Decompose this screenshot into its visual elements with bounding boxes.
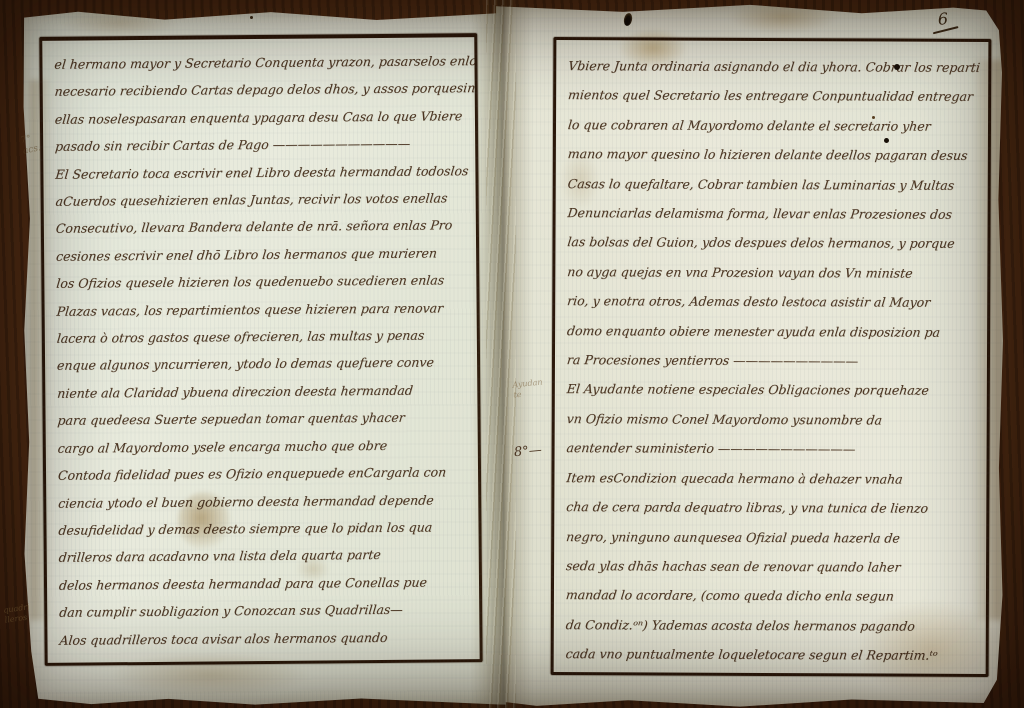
manuscript-line: rio, y enotra otros, Ademas desto lestoc… bbox=[566, 286, 981, 317]
manuscript-line: ellas noselespasaran enquenta ypagara de… bbox=[54, 102, 469, 133]
manuscript-line: ciencia ytodo el buen gobierno deesta he… bbox=[57, 486, 472, 517]
right-page: Vbiere Junta ordinaria asignando el dia … bbox=[496, 2, 1004, 708]
manuscript-line: cesiones escrivir enel dhō Libro los her… bbox=[55, 239, 470, 270]
manuscript-line: Denunciarlas delamisma forma, llevar enl… bbox=[566, 198, 981, 229]
manuscript-line: drilleros dara acadavno vna lista dela q… bbox=[57, 540, 472, 571]
manuscript-photo: Vbiere Junta ordinaria asignando el dia … bbox=[0, 0, 1024, 708]
manuscript-line: no ayga quejas en vna Prozesion vayan do… bbox=[566, 257, 981, 288]
manuscript-line: el hermano mayor y Secretario Conquenta … bbox=[53, 47, 468, 78]
right-page-text: Vbiere Junta ordinaria asignando el dia … bbox=[554, 40, 989, 674]
manuscript-line: las bolsas del Guion, ydos despues delos… bbox=[566, 228, 981, 259]
manuscript-line: mientos quel Secretario les entregare Co… bbox=[567, 81, 982, 112]
left-page: el hermano mayor y Secretario Conquenta … bbox=[20, 7, 506, 708]
manuscript-line: dan cumplir suobligazion y Conozcan sus … bbox=[58, 595, 473, 626]
manuscript-line: Plazas vacas, los repartimientos quese h… bbox=[55, 294, 470, 325]
margin-note-text: lleros bbox=[4, 612, 32, 626]
manuscript-line: Item esCondizion quecada hermano à dehaz… bbox=[565, 463, 980, 494]
margin-note-text: quadri bbox=[3, 602, 31, 616]
manuscript-line: Casas lo quefaltare, Cobrar tambien las … bbox=[566, 169, 981, 200]
manuscript-line: El Ayudante notiene especiales Obligacio… bbox=[565, 375, 980, 406]
manuscript-line: niente ala Claridad ybuena direczion dee… bbox=[56, 376, 471, 407]
manuscript-line: cada vno puntualmente loqueletocare segu… bbox=[564, 639, 979, 670]
manuscript-line: Vbiere Junta ordinaria asignando el dia … bbox=[567, 51, 982, 82]
manuscript-line: domo enquanto obiere menester ayuda enla… bbox=[566, 316, 981, 347]
manuscript-line: cha de cera parda dequatro libras, y vna… bbox=[565, 492, 980, 523]
manuscript-line: necesario recibiendo Cartas depago delos… bbox=[53, 75, 468, 106]
folio-number: 6 bbox=[937, 8, 958, 31]
manuscript-line: vn Ofizio mismo Conel Mayordomo ysunombr… bbox=[565, 404, 980, 435]
manuscript-line: Contoda fidelidad pues es Ofizio enquepu… bbox=[57, 458, 472, 489]
manuscript-line: negro, yninguno aunquesea Ofizial pueda … bbox=[565, 522, 980, 553]
manuscript-line: los Ofizios quesele hizieren los quedenu… bbox=[55, 266, 470, 297]
manuscript-line: cargo al Mayordomo ysele encarga mucho q… bbox=[56, 431, 471, 462]
manuscript-line: ra Procesiones yentierros —————————— bbox=[565, 345, 980, 376]
manuscript-line: mandad lo acordare, (como queda dicho en… bbox=[564, 580, 979, 611]
manuscript-line: El Secretario toca escrivir enel Libro d… bbox=[54, 157, 469, 188]
left-page-ink-frame: el hermano mayor y Secretario Conquenta … bbox=[39, 33, 482, 666]
manuscript-line: Alos quadrilleros toca avisar alos herma… bbox=[58, 623, 473, 654]
folio-number-value: 6 bbox=[937, 9, 948, 29]
manuscript-line: pasado sin recibir Cartas de Pago ——————… bbox=[54, 129, 469, 160]
manuscript-line: Consecutivo, llevara Bandera delante de … bbox=[55, 212, 470, 243]
manuscript-line: mano mayor quesino lo hizieren delante d… bbox=[566, 139, 981, 170]
manuscript-line: seda ylas dhās hachas sean de renovar qu… bbox=[564, 551, 979, 582]
manuscript-line: delos hermanos deesta hermandad para que… bbox=[58, 568, 473, 599]
manuscript-line: da Condiz.ᵒⁿ) Yademas acosta delos herma… bbox=[564, 610, 979, 641]
manuscript-line: para quedeesa Suerte sepuedan tomar quen… bbox=[56, 403, 471, 434]
left-margin-note-bottom: quadri lleros bbox=[3, 602, 32, 626]
manuscript-line: enque algunos yncurrieren, ytodo lo dema… bbox=[56, 349, 471, 380]
manuscript-line: desufidelidad y demas deesto siempre que… bbox=[57, 513, 472, 544]
left-page-text: el hermano mayor y Secretario Conquenta … bbox=[42, 37, 479, 663]
manuscript-line: aentender suministerio ——————————— bbox=[565, 433, 980, 464]
manuscript-line: aCuerdos quesehizieren enlas Juntas, rec… bbox=[54, 184, 469, 215]
manuscript-line: lo que cobraren al Mayordomo delante el … bbox=[566, 110, 981, 141]
right-page-ink-frame: Vbiere Junta ordinaria asignando el dia … bbox=[551, 37, 992, 677]
manuscript-line: lacera ò otros gastos quese ofrecieren, … bbox=[56, 321, 471, 352]
